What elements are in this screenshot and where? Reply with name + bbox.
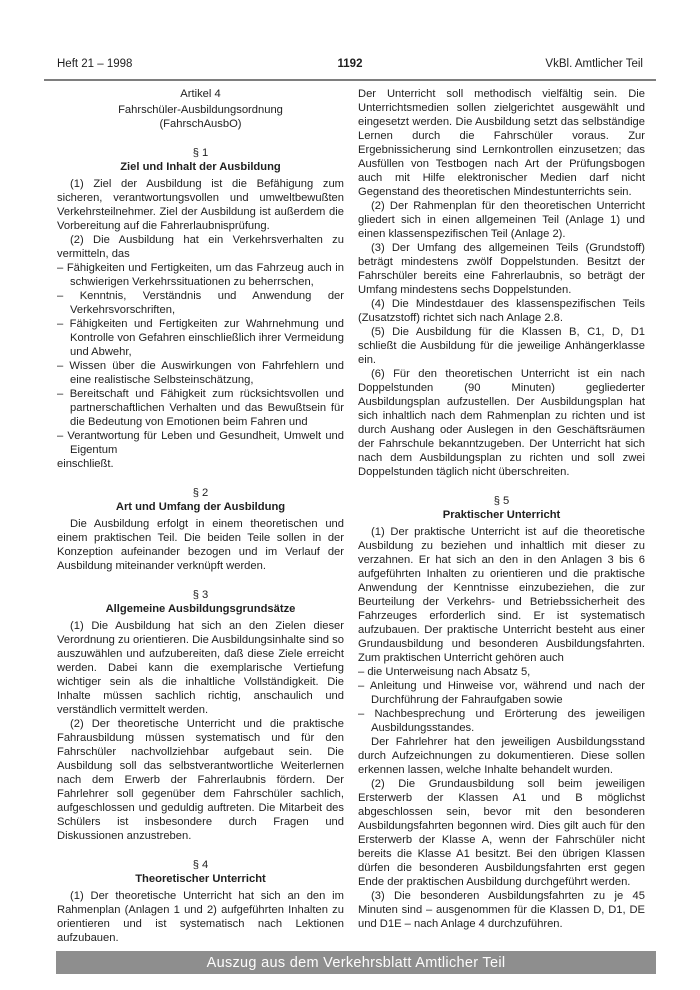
paragraph: (1) Ziel der Ausbildung ist die Befähigu… (57, 177, 344, 233)
footer-banner-text: Auszug aus dem Verkehrsblatt Amtlicher T… (207, 955, 506, 971)
section-1-heading: § 1 Ziel und Inhalt der Ausbildung (57, 146, 344, 174)
list-item: – Bereitschaft und Fähigkeit zum rücksic… (57, 387, 344, 429)
header-edition: VkBl. Amtlicher Teil (545, 58, 643, 71)
list-item: – Nachbesprechung und Erörterung des jew… (358, 707, 645, 735)
list-item: – die Unterweisung nach Absatz 5, (358, 665, 645, 679)
list-item: – Fähigkeiten und Fertigkeiten, um das F… (57, 261, 344, 289)
paragraph: Der Fahrlehrer hat den jeweiligen Ausbil… (358, 735, 645, 777)
section-2-heading: § 2 Art und Umfang der Ausbildung (57, 486, 344, 514)
header-rule (44, 79, 656, 81)
paragraph: (5) Die Ausbildung für die Klassen B, C1… (358, 325, 645, 367)
article-title: Fahrschüler-Ausbildungsordnung (57, 103, 344, 117)
paragraph: (6) Für den theoretischen Unterricht ist… (358, 367, 645, 479)
paragraph: (2) Der theoretische Unterricht und die … (57, 717, 344, 843)
section-title: Ziel und Inhalt der Ausbildung (57, 160, 344, 174)
article-abbreviation: (FahrschAusbO) (57, 117, 344, 131)
gazette-page: Heft 21 – 1998 1192 VkBl. Amtlicher Teil… (0, 0, 700, 990)
section-title: Theoretischer Unterricht (57, 872, 344, 886)
paragraph: (1) Die Ausbildung hat sich an den Ziele… (57, 619, 344, 717)
section-number: § 3 (57, 588, 344, 602)
content-columns: Artikel 4 Fahrschüler-Ausbildungsordnung… (57, 87, 645, 948)
section-number: § 2 (57, 486, 344, 500)
list-item: – Fähigkeiten und Fertigkeiten zur Wahrn… (57, 317, 344, 359)
paragraph: Der Unterricht soll methodisch vielfälti… (358, 87, 645, 199)
section-title: Allgemeine Ausbildungsgrundsätze (57, 602, 344, 616)
paragraph: (4) Die Mindestdauer des klassenspezifis… (358, 297, 645, 325)
right-column: Der Unterricht soll methodisch vielfälti… (358, 87, 645, 948)
section-3-heading: § 3 Allgemeine Ausbildungsgrundsätze (57, 588, 344, 616)
section-number: § 4 (57, 858, 344, 872)
footer-banner: Auszug aus dem Verkehrsblatt Amtlicher T… (56, 951, 656, 974)
header-issue: Heft 21 – 1998 (57, 58, 132, 71)
paragraph: (1) Der praktische Unterricht ist auf di… (358, 525, 645, 665)
paragraph: (2) Die Grundausbildung soll beim jeweil… (358, 777, 645, 889)
left-column: Artikel 4 Fahrschüler-Ausbildungsordnung… (57, 87, 344, 948)
section-5-heading: § 5 Praktischer Unterricht (358, 494, 645, 522)
section-number: § 5 (358, 494, 645, 508)
list-item: – Wissen über die Auswirkungen von Fahrf… (57, 359, 344, 387)
header-page-number: 1192 (338, 58, 363, 71)
paragraph: (3) Der Umfang des allgemeinen Teils (Gr… (358, 241, 645, 297)
page-header: Heft 21 – 1998 1192 VkBl. Amtlicher Teil (57, 58, 643, 71)
paragraph: (2) Der Rahmenplan für den theoretischen… (358, 199, 645, 241)
paragraph: Die Ausbildung erfolgt in einem theoreti… (57, 517, 344, 573)
paragraph: (1) Der theoretische Unterricht hat sich… (57, 889, 344, 945)
section-title: Praktischer Unterricht (358, 508, 645, 522)
list-item: – Kenntnis, Verständnis und Anwendung de… (57, 289, 344, 317)
paragraph: (2) Die Ausbildung hat ein Verkehrsverha… (57, 233, 344, 261)
article-heading: Artikel 4 Fahrschüler-Ausbildungsordnung… (57, 87, 344, 131)
section-title: Art und Umfang der Ausbildung (57, 500, 344, 514)
paragraph: (3) Die besonderen Ausbildungsfahrten zu… (358, 889, 645, 931)
article-kicker: Artikel 4 (57, 87, 344, 101)
section-number: § 1 (57, 146, 344, 160)
list-item: – Anleitung und Hinweise vor, während un… (358, 679, 645, 707)
section-4-heading: § 4 Theoretischer Unterricht (57, 858, 344, 886)
list-item: – Verantwortung für Leben und Gesundheit… (57, 429, 344, 457)
paragraph: einschließt. (57, 457, 344, 471)
